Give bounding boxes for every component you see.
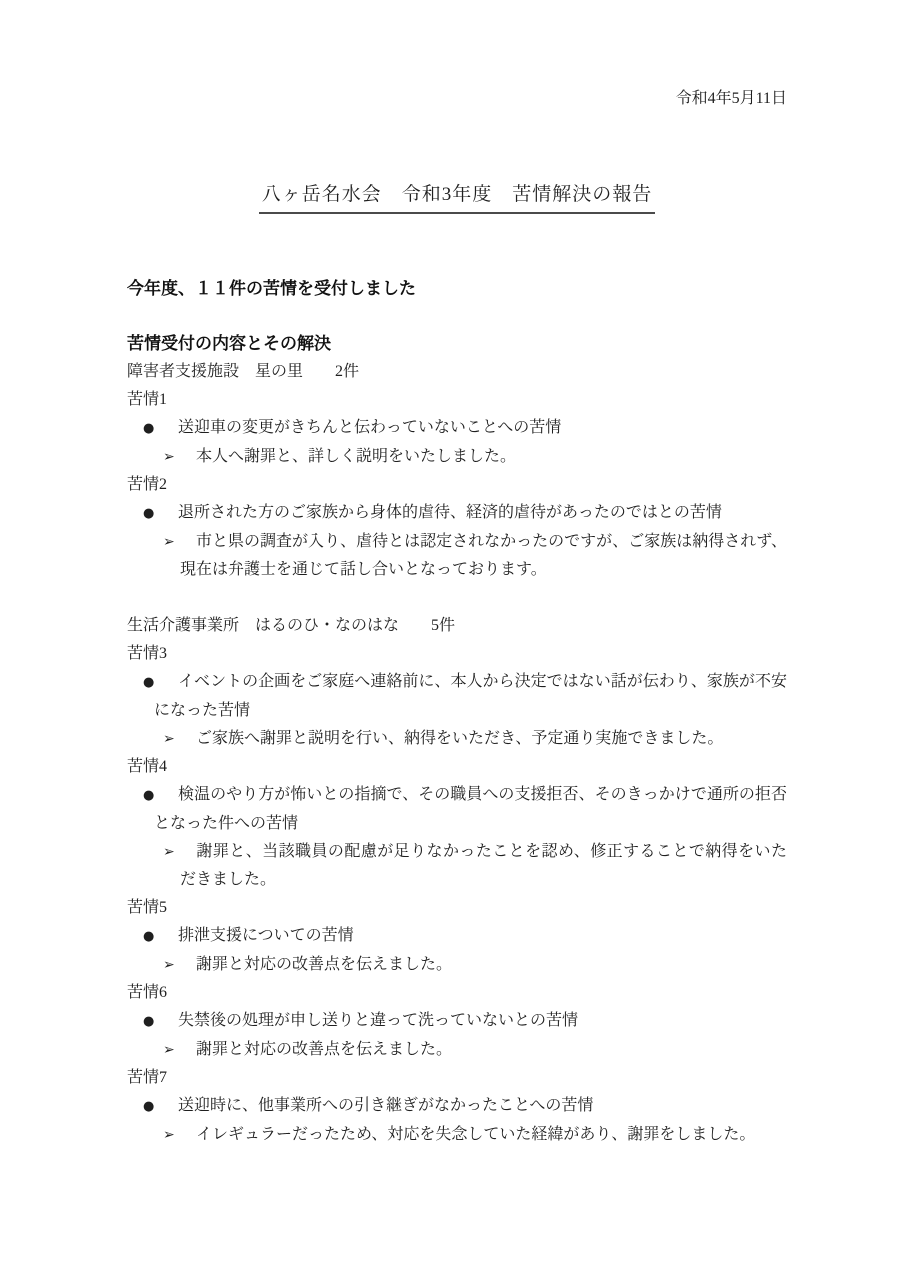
document-title: 八ヶ岳名水会 令和3年度 苦情解決の報告	[259, 180, 656, 214]
complaint-text: 送迎車の変更がきちんと伝わっていないことへの苦情	[178, 419, 561, 436]
complaint-label: 苦情5	[127, 894, 787, 922]
resolution-text: 謝罪と、当該職員の配慮が足りなかったことを認め、修正することで納得をいただきまし…	[180, 843, 787, 888]
facility-name: 生活介護事業所 はるのひ・なのはな 5件	[127, 612, 787, 640]
complaint-text-line: ●送迎車の変更がきちんと伝わっていないことへの苦情	[154, 414, 787, 443]
resolution-text: 市と県の調査が入り、虐待とは認定されなかったのですが、ご家族は納得されず、現在は…	[180, 533, 787, 578]
complaint-text: 失禁後の処理が申し送りと違って洗っていないとの苦情	[178, 1012, 578, 1029]
complaint-text-line: ●イベントの企画をご家庭へ連絡前に、本人から決定ではない話が伝わり、家族が不安に…	[154, 668, 787, 725]
facility-name: 障害者支援施設 星の里 2件	[127, 358, 787, 386]
arrow-icon: ➢	[163, 1036, 196, 1064]
complaint-text: 検温のやり方が怖いとの指摘で、その職員への支援拒否、そのきっかけで通所の拒否とな…	[154, 786, 787, 832]
complaint-5: 苦情5 ●排泄支援についての苦情 ➢謝罪と対応の改善点を伝えました。	[127, 894, 787, 979]
bullet-icon: ●	[143, 669, 178, 697]
resolution-text: 本人へ謝罪と、詳しく説明をいたしました。	[196, 448, 516, 465]
title-row: 八ヶ岳名水会 令和3年度 苦情解決の報告	[127, 180, 787, 214]
resolution-text-line: ➢謝罪と、当該職員の配慮が足りなかったことを認め、修正することで納得をいただきま…	[180, 838, 787, 894]
resolution-text: ご家族へ謝罪と説明を行い、納得をいただき、予定通り実施できました。	[196, 730, 723, 747]
complaint-text-line: ●失禁後の処理が申し送りと違って洗っていないとの苦情	[154, 1007, 787, 1036]
complaint-7: 苦情7 ●送迎時に、他事業所への引き継ぎがなかったことへの苦情 ➢イレギュラーだ…	[127, 1064, 787, 1149]
bullet-icon: ●	[143, 923, 178, 951]
resolution-text: イレギュラーだったため、対応を失念していた経緯があり、謝罪をしました。	[196, 1126, 755, 1143]
resolution-text-line: ➢イレギュラーだったため、対応を失念していた経緯があり、謝罪をしました。	[180, 1121, 787, 1149]
resolution-text-line: ➢謝罪と対応の改善点を伝えました。	[180, 1036, 787, 1064]
complaint-text: 排泄支援についての苦情	[178, 927, 354, 944]
bullet-icon: ●	[143, 782, 178, 810]
complaint-text: 退所された方のご家族から身体的虐待、経済的虐待があったのではとの苦情	[178, 504, 722, 521]
complaint-text-line: ●退所された方のご家族から身体的虐待、経済的虐待があったのではとの苦情	[154, 499, 787, 528]
complaint-6: 苦情6 ●失禁後の処理が申し送りと違って洗っていないとの苦情 ➢謝罪と対応の改善…	[127, 979, 787, 1064]
arrow-icon: ➢	[163, 725, 196, 753]
section-heading: 苦情受付の内容とその解決	[127, 330, 787, 358]
bullet-icon: ●	[143, 1093, 178, 1121]
complaint-label: 苦情7	[127, 1064, 787, 1092]
complaint-label: 苦情2	[127, 471, 787, 499]
resolution-text: 謝罪と対応の改善点を伝えました。	[196, 956, 452, 973]
complaint-label: 苦情4	[127, 753, 787, 781]
resolution-text-line: ➢謝罪と対応の改善点を伝えました。	[180, 951, 787, 979]
complaint-text-line: ●排泄支援についての苦情	[154, 922, 787, 951]
facility-group-hoshinosato: 障害者支援施設 星の里 2件 苦情1 ●送迎車の変更がきちんと伝わっていないこと…	[127, 358, 787, 584]
resolution-text-line: ➢ご家族へ謝罪と説明を行い、納得をいただき、予定通り実施できました。	[180, 725, 787, 753]
summary-line: 今年度、１１件の苦情を受付しました	[127, 275, 787, 303]
document-page: 令和4年5月11日 八ヶ岳名水会 令和3年度 苦情解決の報告 今年度、１１件の苦…	[0, 0, 905, 1280]
arrow-icon: ➢	[163, 1121, 196, 1149]
complaint-label: 苦情1	[127, 386, 787, 414]
complaint-label: 苦情6	[127, 979, 787, 1007]
arrow-icon: ➢	[163, 443, 196, 471]
complaint-text-line: ●送迎時に、他事業所への引き継ぎがなかったことへの苦情	[154, 1092, 787, 1121]
complaint-1: 苦情1 ●送迎車の変更がきちんと伝わっていないことへの苦情 ➢本人へ謝罪と、詳し…	[127, 386, 787, 471]
resolution-text-line: ➢市と県の調査が入り、虐待とは認定されなかったのですが、ご家族は納得されず、現在…	[180, 528, 787, 584]
complaint-text: 送迎時に、他事業所への引き継ぎがなかったことへの苦情	[178, 1097, 593, 1114]
document-date: 令和4年5月11日	[127, 85, 787, 113]
complaint-text-line: ●検温のやり方が怖いとの指摘で、その職員への支援拒否、そのきっかけで通所の拒否と…	[154, 781, 787, 838]
facility-group-harunohi-nanohana: 生活介護事業所 はるのひ・なのはな 5件 苦情3 ●イベントの企画をご家庭へ連絡…	[127, 612, 787, 1149]
bullet-icon: ●	[143, 1008, 178, 1036]
complaint-3: 苦情3 ●イベントの企画をご家庭へ連絡前に、本人から決定ではない話が伝わり、家族…	[127, 640, 787, 753]
resolution-text-line: ➢本人へ謝罪と、詳しく説明をいたしました。	[180, 443, 787, 471]
resolution-text: 謝罪と対応の改善点を伝えました。	[196, 1041, 452, 1058]
bullet-icon: ●	[143, 500, 178, 528]
complaint-text: イベントの企画をご家庭へ連絡前に、本人から決定ではない話が伝わり、家族が不安にな…	[154, 673, 787, 719]
arrow-icon: ➢	[163, 528, 196, 556]
arrow-icon: ➢	[163, 838, 196, 866]
complaint-4: 苦情4 ●検温のやり方が怖いとの指摘で、その職員への支援拒否、そのきっかけで通所…	[127, 753, 787, 894]
complaint-label: 苦情3	[127, 640, 787, 668]
arrow-icon: ➢	[163, 951, 196, 979]
bullet-icon: ●	[143, 415, 178, 443]
complaint-2: 苦情2 ●退所された方のご家族から身体的虐待、経済的虐待があったのではとの苦情 …	[127, 471, 787, 584]
